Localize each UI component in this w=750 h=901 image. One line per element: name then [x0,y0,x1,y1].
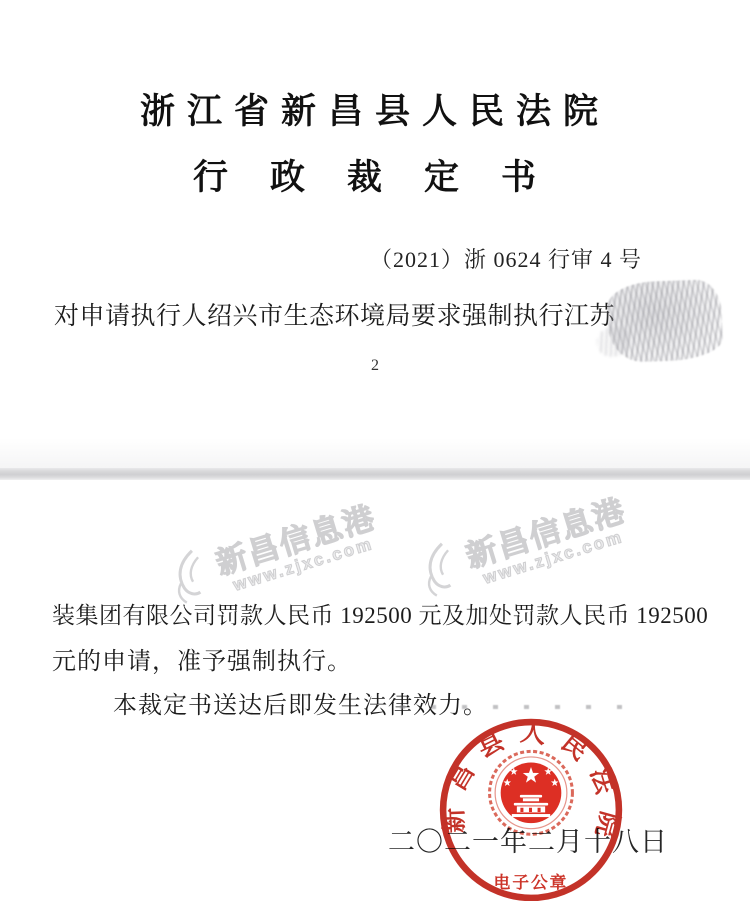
site-watermark: 新昌信息港 www.zjxc.com [411,484,635,607]
watermark-site-url: www.zjxc.com [481,527,626,589]
document-type-title: 行政裁定书 [0,150,750,200]
page2-body-line2: 元的申请，准予强制执行。 [52,641,352,676]
page1-body-text: 对申请执行人绍兴市生态环境局要求强制执行江苏 [54,296,615,332]
court-seal: 新昌县人民法院 [435,714,627,901]
watermark-site-url: www.zjxc.com [231,534,376,596]
page-number: 2 [0,357,750,375]
case-number: （2021）浙 0624 行审 4 号 [370,243,642,274]
seal-bottom-text: 电子公章 [494,872,569,892]
page2-body-line1: 装集团有限公司罚款人民币 192500 元及加处罚款人民币 192500 [52,597,708,630]
scanned-ruling-document: 浙江省新昌县人民法院 行政裁定书 （2021）浙 0624 行审 4 号 对申请… [0,0,750,901]
faded-text-remnants [400,705,626,709]
watermark-site-name: 新昌信息港 [460,485,631,576]
court-name-title: 浙江省新昌县人民法院 [0,84,750,134]
redaction-smudge [607,279,724,363]
page-break-divider [0,468,750,480]
page-edge-shadow [0,438,750,468]
watermark-site-name: 新昌信息港 [210,492,381,583]
site-watermark: 新昌信息港 www.zjxc.com [161,491,385,614]
national-emblem-icon [490,751,573,834]
watermark-logo-icon [411,533,473,607]
page2-body-line3: 本裁定书送达后即发生法律效力。 [113,685,488,720]
